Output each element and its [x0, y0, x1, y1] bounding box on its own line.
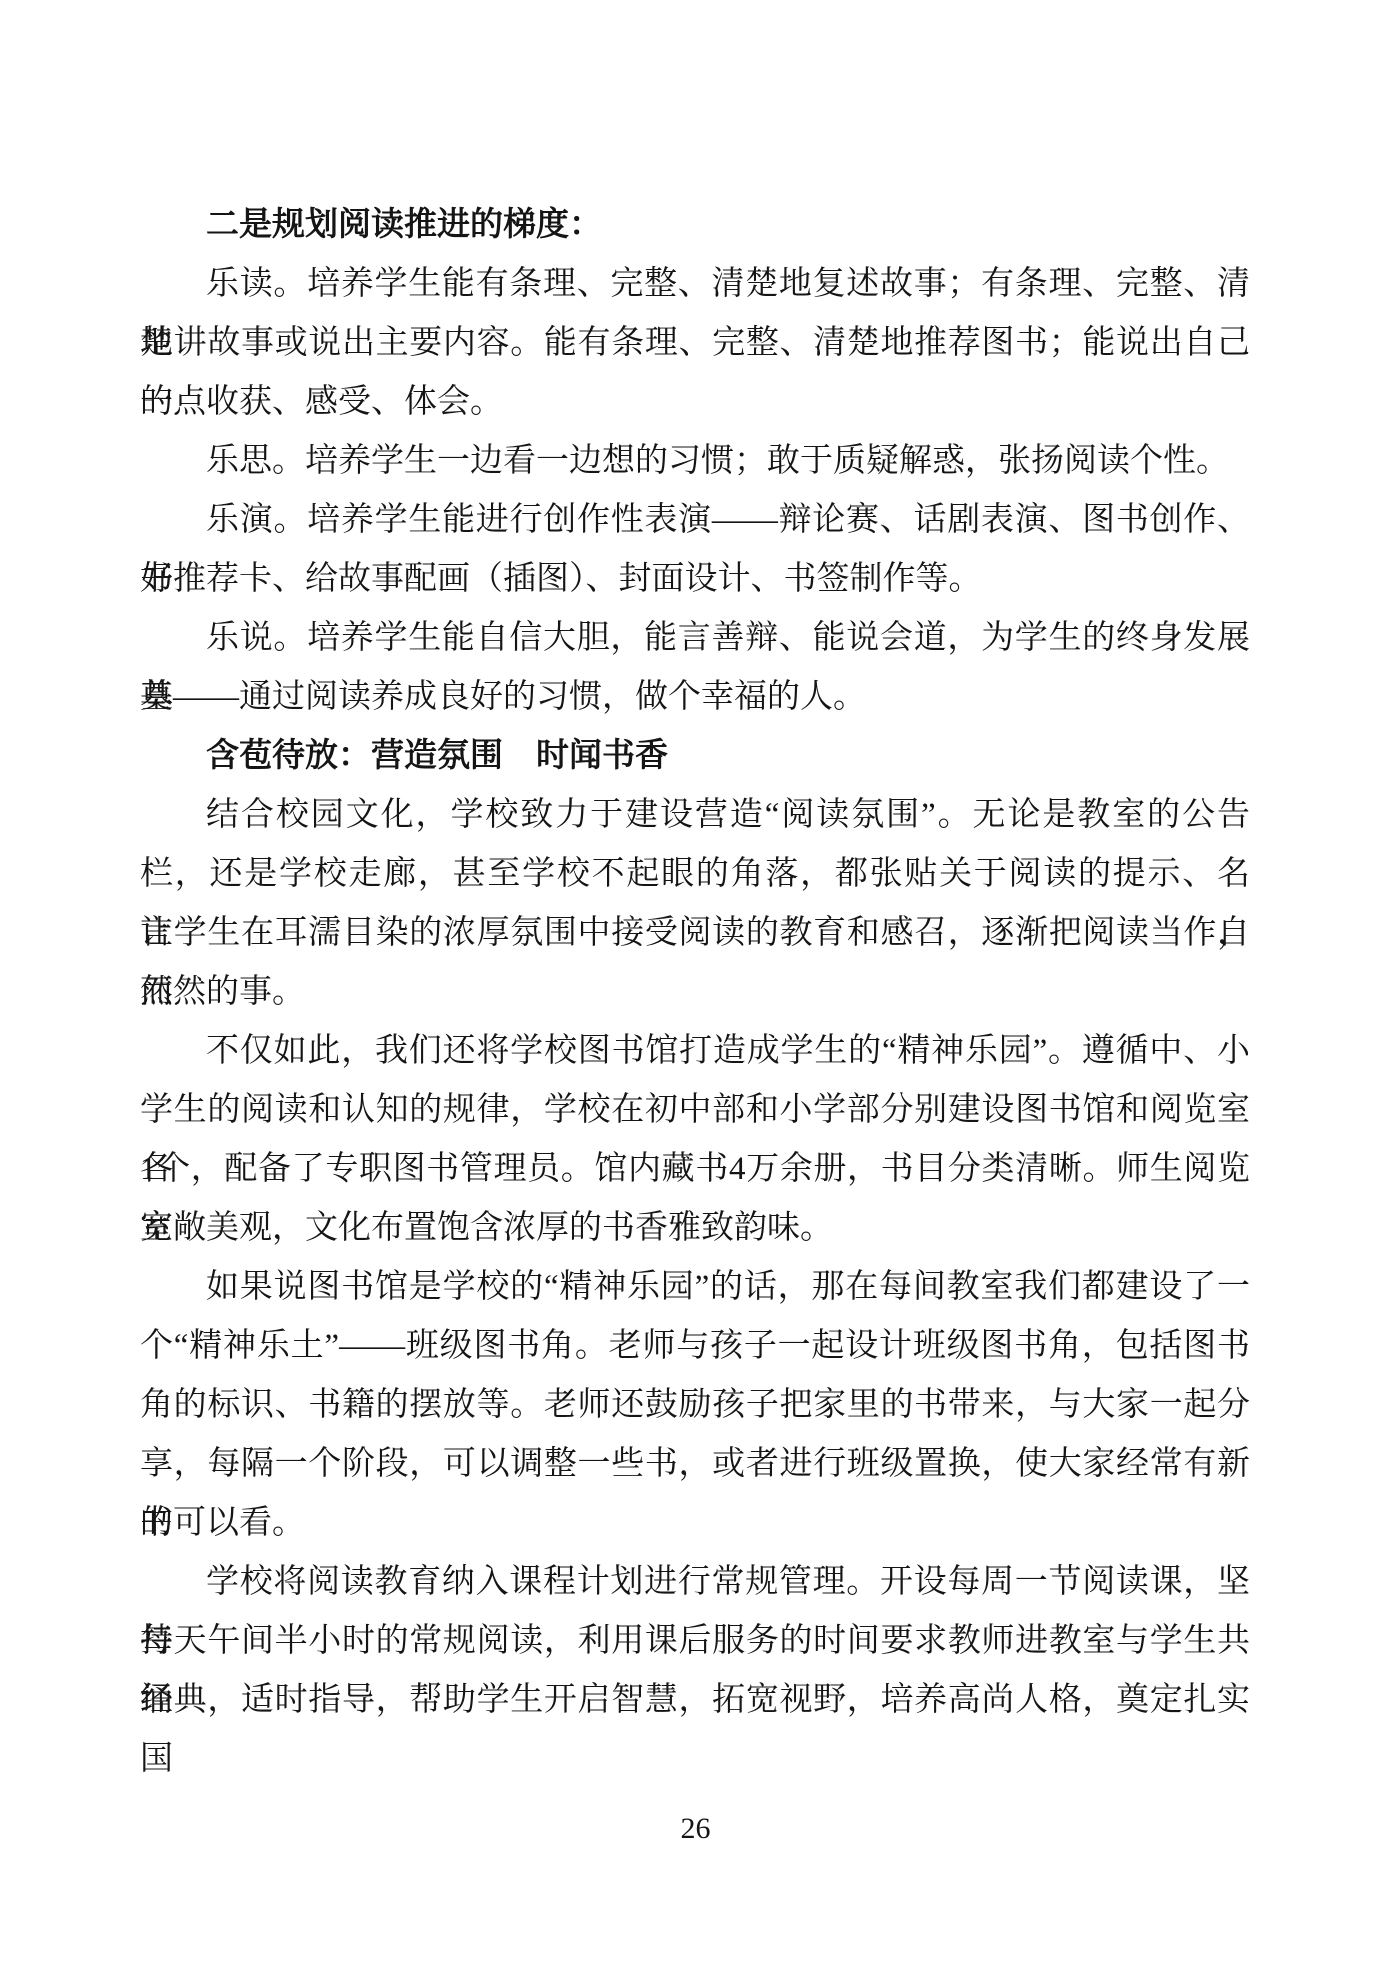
text-line: 角的标识、书籍的摆放等。老师还鼓励孩子把家里的书带来，与大家一起分 [140, 1376, 1250, 1435]
text-line: 而然的事。 [140, 963, 1250, 1022]
text-line: 书可以看。 [140, 1494, 1250, 1553]
text-line: 每天午间半小时的常规阅读，利用课后服务的时间要求教师进教室与学生共诵 [140, 1612, 1250, 1671]
text-line: 乐思。培养学生一边看一边想的习惯；敢于质疑解惑，张扬阅读个性。 [140, 432, 1250, 491]
text-line: 栏，还是学校走廊，甚至学校不起眼的角落，都张贴关于阅读的提示、名言， [140, 845, 1250, 904]
text-line: 地讲故事或说出主要内容。能有条理、完整、清楚地推荐图书；能说出自己的 [140, 314, 1250, 373]
text-line: 个“精神乐土”——班级图书角。老师与孩子一起设计班级图书角，包括图书 [140, 1317, 1250, 1376]
section-heading: 含苞待放：营造氛围 时闻书香 [140, 727, 1250, 786]
page-number: 26 [0, 1808, 1391, 1850]
text-line: 学校将阅读教育纳入课程计划进行常规管理。开设每周一节阅读课，坚持 [140, 1553, 1250, 1612]
text-line: 学生的阅读和认知的规律，学校在初中部和小学部分别建设图书馆和阅览室各 [140, 1081, 1250, 1140]
text-line: 书推荐卡、给故事配画（插图）、封面设计、书签制作等。 [140, 550, 1250, 609]
text-content: 二是规划阅读推进的梯度：乐读。培养学生能有条理、完整、清楚地复述故事；有条理、完… [140, 196, 1250, 1730]
text-line: 乐演。培养学生能进行创作性表演——辩论赛、话剧表演、图书创作、好 [140, 491, 1250, 550]
document-page: 二是规划阅读推进的梯度：乐读。培养学生能有条理、完整、清楚地复述故事；有条理、完… [0, 0, 1391, 1965]
text-line: 让学生在耳濡目染的浓厚氛围中接受阅读的教育和感召，逐渐把阅读当作自然 [140, 904, 1250, 963]
text-line: 1个，配备了专职图书管理员。馆内藏书4万余册，书目分类清晰。师生阅览室 [140, 1140, 1250, 1199]
section-heading: 二是规划阅读推进的梯度： [140, 196, 1250, 255]
text-line: 如果说图书馆是学校的“精神乐园”的话，那在每间教室我们都建设了一 [140, 1258, 1250, 1317]
text-line: 宽敞美观，文化布置饱含浓厚的书香雅致韵味。 [140, 1199, 1250, 1258]
text-line: 经典，适时指导，帮助学生开启智慧，拓宽视野，培养高尚人格，奠定扎实国 [140, 1671, 1250, 1730]
text-line: 不仅如此，我们还将学校图书馆打造成学生的“精神乐园”。遵循中、小 [140, 1022, 1250, 1081]
text-line: 一点收获、感受、体会。 [140, 373, 1250, 432]
text-line: 基——通过阅读养成良好的习惯，做个幸福的人。 [140, 668, 1250, 727]
text-line: 乐说。培养学生能自信大胆，能言善辩、能说会道，为学生的终身发展奠 [140, 609, 1250, 668]
text-line: 乐读。培养学生能有条理、完整、清楚地复述故事；有条理、完整、清楚 [140, 255, 1250, 314]
text-line: 结合校园文化，学校致力于建设营造“阅读氛围”。无论是教室的公告 [140, 786, 1250, 845]
text-line: 享，每隔一个阶段，可以调整一些书，或者进行班级置换，使大家经常有新的 [140, 1435, 1250, 1494]
